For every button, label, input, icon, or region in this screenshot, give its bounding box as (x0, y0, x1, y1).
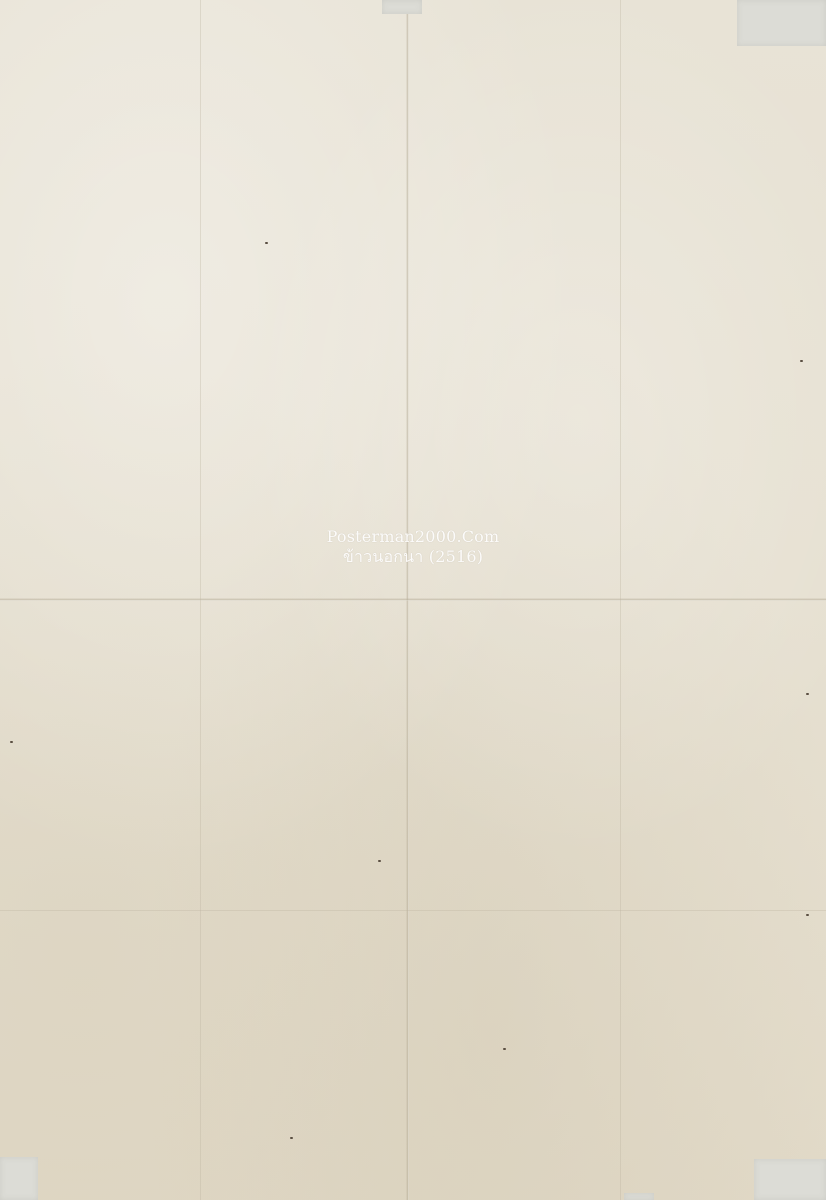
tape-top-center (382, 0, 422, 14)
vertical-crease-right (620, 0, 621, 1200)
tape-top-right (737, 0, 826, 46)
stain-speck (800, 360, 803, 362)
stain-speck (378, 860, 381, 862)
watermark-title: ข้าวนอกนา (2516) (0, 547, 826, 567)
horizontal-crease-lower (0, 910, 826, 911)
tape-bottom-right (754, 1159, 826, 1200)
watermark: Posterman2000.Com ข้าวนอกนา (2516) (0, 527, 826, 567)
stain-speck (806, 693, 809, 695)
watermark-site: Posterman2000.Com (0, 527, 826, 547)
tape-bottom-center (624, 1193, 654, 1200)
stain-speck (290, 1137, 293, 1139)
tape-bottom-left (0, 1157, 38, 1200)
horizontal-fold-line (0, 598, 826, 601)
poster-back: Posterman2000.Com ข้าวนอกนา (2516) (0, 0, 826, 1200)
stain-speck (10, 741, 13, 743)
stain-speck (503, 1048, 506, 1050)
stain-speck (265, 242, 268, 244)
vertical-crease-left (200, 0, 201, 1200)
stain-speck (806, 914, 809, 916)
